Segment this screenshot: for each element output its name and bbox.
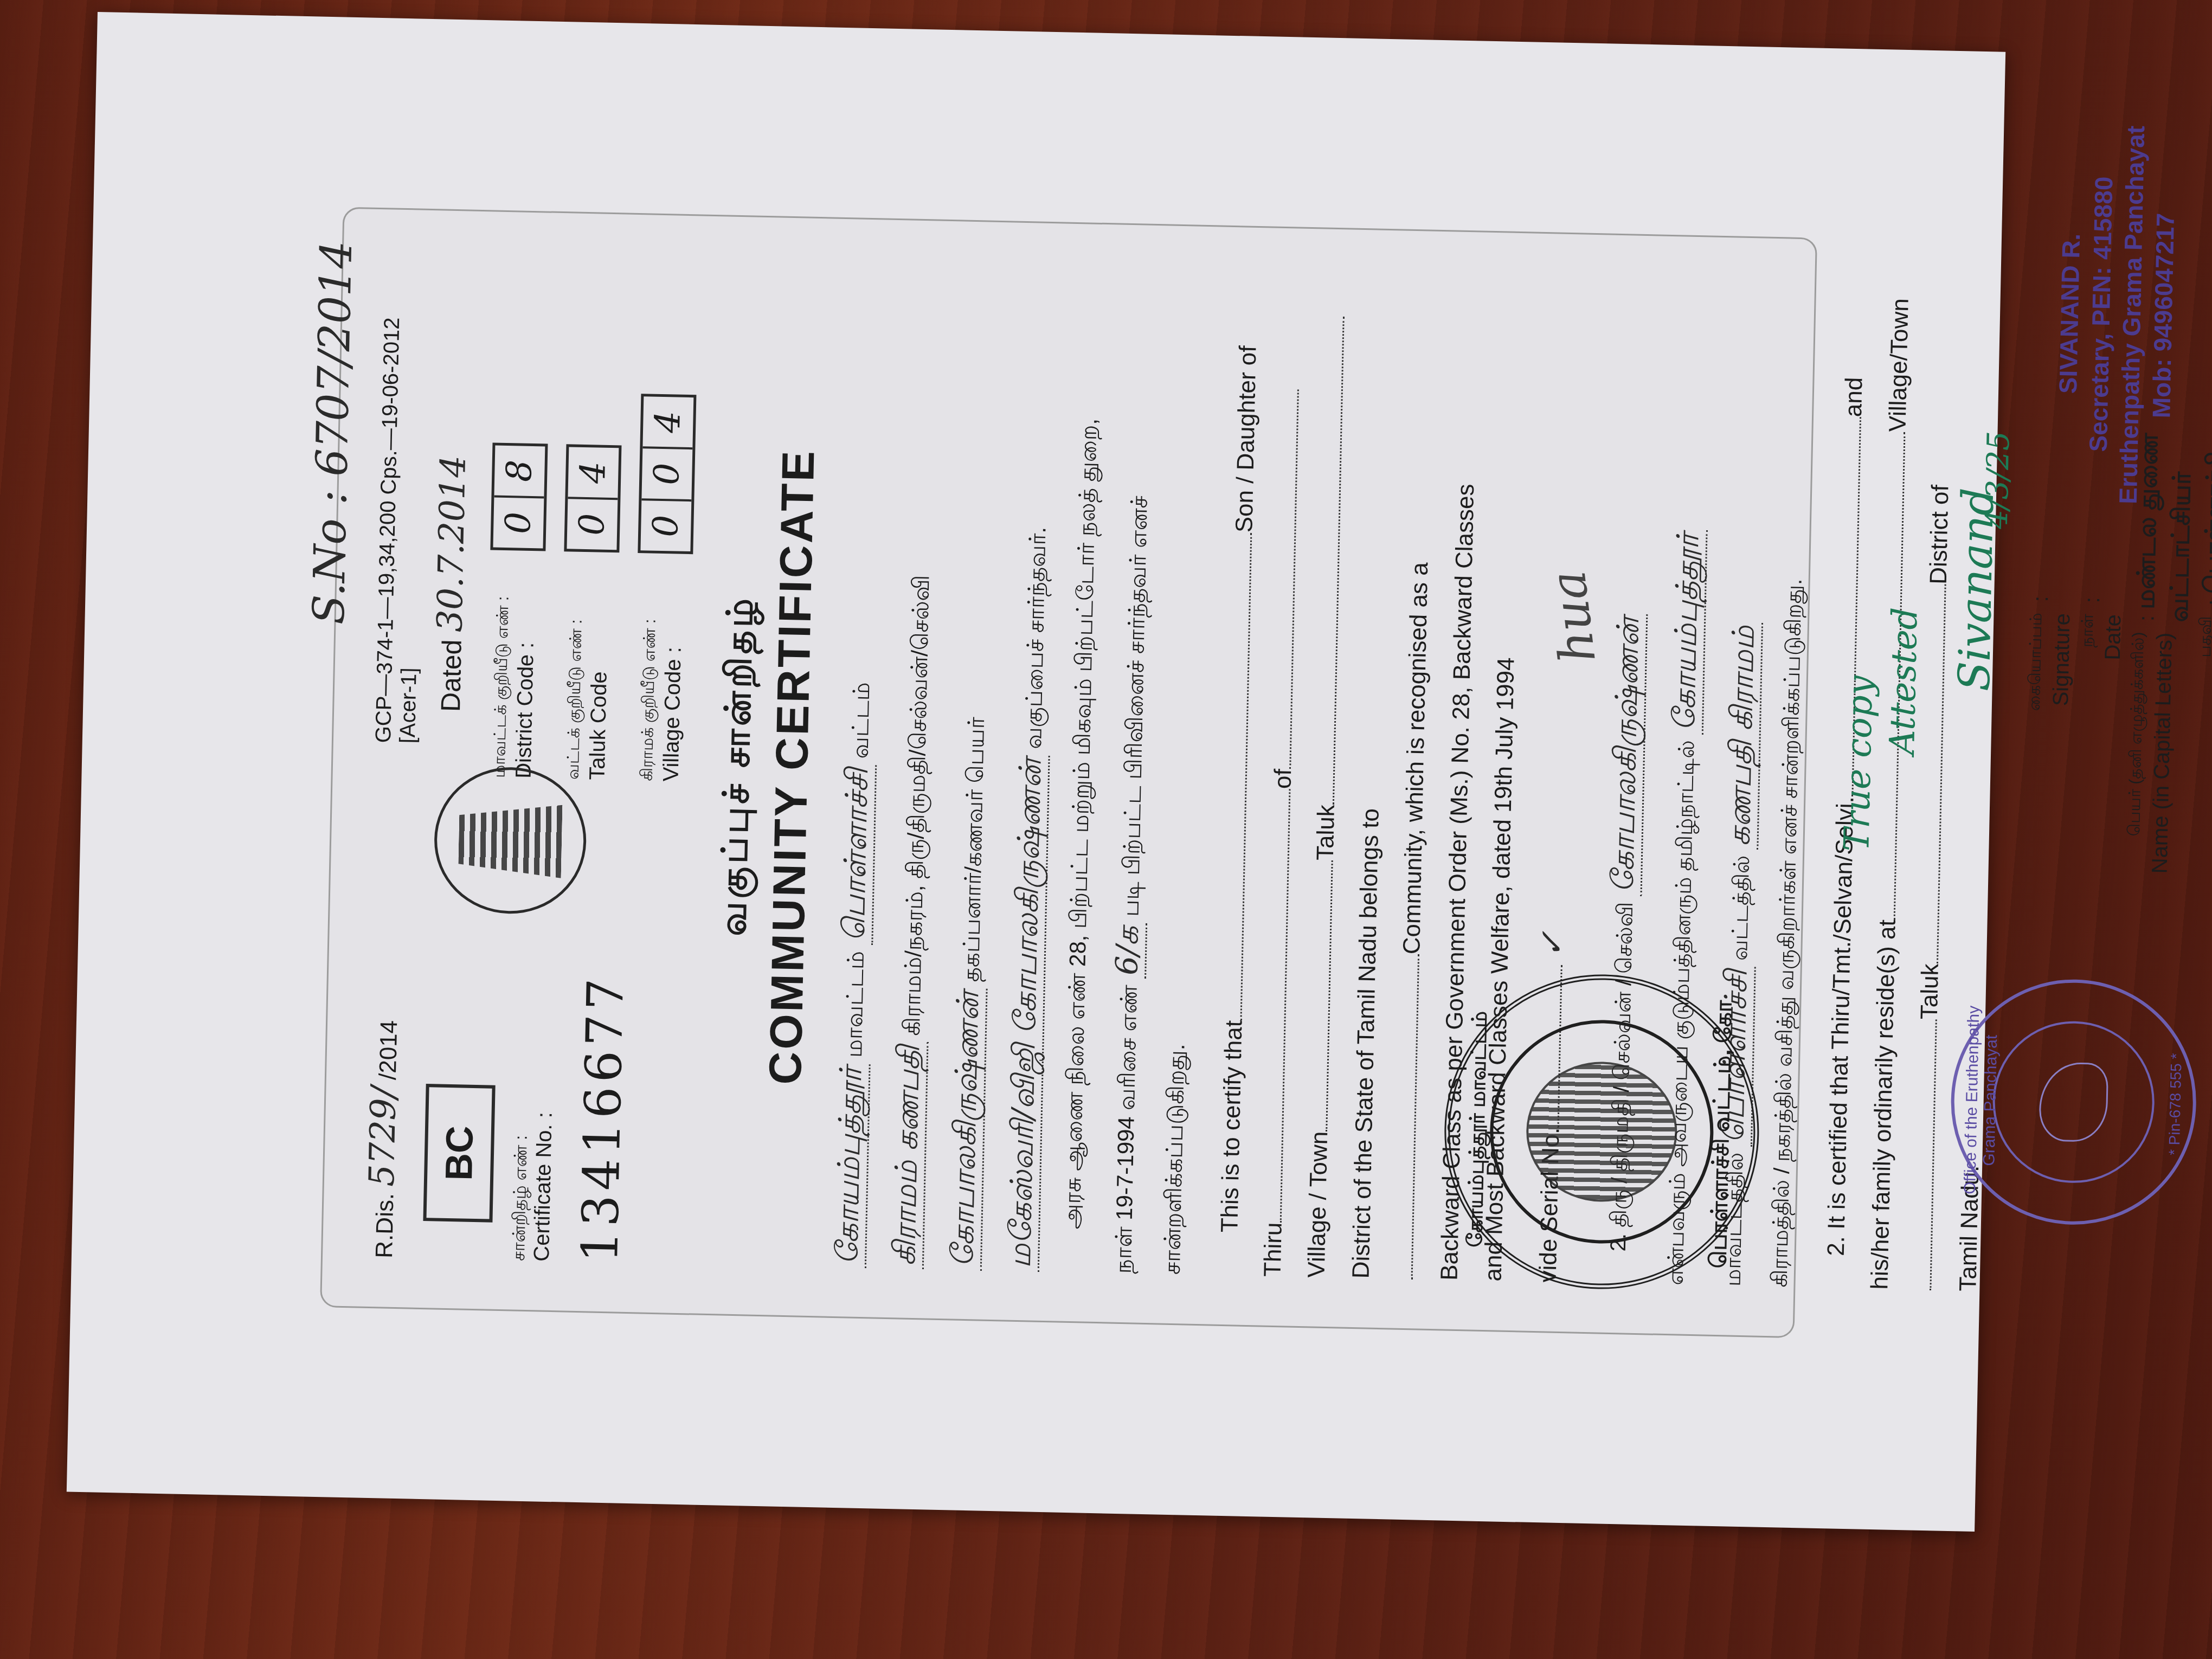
tamil-text: வட்டம்	[847, 682, 874, 759]
attested-note: Attested	[1882, 607, 1926, 755]
name-label: பெயர் (தனி எழுத்துக்களில்) Name (in Capi…	[2122, 621, 2196, 919]
tamil-text: கிராமம்/நகரம், திரு/திருமதி/செல்வன்/செல்…	[899, 575, 934, 1036]
en-text: his/her family ordinarily reside(s) at	[1866, 919, 1900, 1290]
blank-field	[1930, 1019, 1937, 1290]
district-code-row: மாவட்டக் குறியீடு எண் : District Code : …	[486, 261, 552, 779]
seal-ring	[1488, 1018, 1716, 1246]
dated-value: 30.7.2014	[430, 455, 474, 632]
village-code-digit: 0	[640, 498, 691, 551]
handwritten-district: கோயம்புத்தூர்	[829, 1064, 871, 1269]
blank-field	[1240, 532, 1252, 1020]
handwritten-serial: 6/க	[1109, 923, 1147, 979]
officer-stamp-place: பொள்ளாச்சி	[2199, 451, 2212, 594]
tamil-text: வகுப்பைச் சார்ந்தவர்.	[1020, 526, 1051, 749]
district-code-digit: 0	[493, 496, 544, 549]
certificate-rotated-frame: S.No : 6707/2014 R.Dis. 5729/ /2014 BC ச…	[320, 207, 1817, 1339]
district-code-digit: 8	[494, 446, 545, 497]
district-code-label: மாவட்டக் குறியீடு எண் : District Code :	[490, 550, 542, 779]
header-right: GCP—374-1—19,34,200 Cps.—19-06-2012 [Ace…	[371, 258, 699, 749]
blank-field	[1937, 584, 1946, 964]
tamil-text: நாள் 19-7-1994 வரிசை எண்	[1110, 985, 1142, 1274]
taluk-code-digit: 0	[567, 497, 618, 550]
taluk-code-row: வட்டக் குறியீடு எண் : Taluk Code 0 4	[560, 262, 626, 780]
r-dis-label: R.Dis.	[371, 1193, 398, 1258]
certificate-header: R.Dis. 5729/ /2014 BC சான்றிதழ் எண் : Ce…	[361, 258, 699, 1264]
en-text: Son / Daughter of	[1231, 345, 1261, 533]
en-text: It is certified that Thiru/Tmt./Selvan/S…	[1823, 796, 1859, 1230]
secretary-stamp: SIVANAND R. Secretary, PEN: 415880 Eruth…	[2050, 124, 2183, 506]
community-certificate: S.No : 6707/2014 R.Dis. 5729/ /2014 BC ச…	[320, 207, 1817, 1339]
category-badge: BC	[423, 1084, 495, 1223]
handwritten-parent-name: மகேஸ்வரி/விஜி கோபாலகிருஷ்ணன்	[1002, 755, 1050, 1271]
seal-text: Office of the Eruthenpathy Grama Panchay…	[1960, 981, 2002, 1220]
tamil-text: வட்டத்தில்	[1728, 855, 1754, 961]
village-code-row: கிராமக் குறியீடு எண் : Village Code : 0 …	[633, 263, 699, 782]
colon: :	[2026, 596, 2078, 603]
designation-value: : பொள்ளாச்சி	[2196, 451, 2212, 606]
true-copy-note: True copy	[1837, 675, 1881, 852]
taluk-office-seal: பொள்ளாச்சி வட்டம், கோ கோயம்புத்தூர் மாவட…	[1441, 972, 1762, 1293]
en-text: and	[1841, 377, 1868, 417]
dated-line: Dated 30.7.2014	[428, 259, 478, 712]
blank-field	[1411, 954, 1420, 1279]
village-code-boxes: 0 0 4	[638, 394, 696, 554]
en-text: Village/Town	[1884, 298, 1913, 432]
village-code-label: கிராமக் குறியீடு எண் : Village Code :	[637, 553, 689, 782]
en-text: Thiru	[1259, 1222, 1287, 1277]
tamil-nadu-emblem-icon	[433, 766, 588, 915]
paper-sheet: S.No : 6707/2014 R.Dis. 5729/ /2014 BC ச…	[67, 12, 2005, 1532]
section-number: 2.	[1823, 1236, 1850, 1256]
en-text: Community, which is recognised as a	[1398, 562, 1433, 955]
handwritten-district: கோயம்புத்தூர்	[1666, 530, 1707, 735]
village-code-digit: 4	[642, 396, 693, 447]
certificate-no-label: சான்றிதழ் எண் : Certificate No. :	[508, 924, 562, 1262]
colon: :	[2077, 597, 2129, 604]
r-dis-line: R.Dis. 5729/ /2014	[361, 922, 408, 1258]
en-text: This is to certify that	[1216, 1020, 1247, 1233]
form-reference: GCP—374-1—19,34,200 Cps.—19-06-2012 [Ace…	[371, 258, 430, 744]
r-dis-value: 5729/	[362, 1086, 404, 1187]
district-code-label-en: District Code :	[510, 550, 542, 779]
handwritten-taluk: பொள்ளாச்சி	[836, 764, 877, 945]
signature-label: கையொப்பம் Signature	[2020, 602, 2078, 917]
village-code-label-en: Village Code :	[657, 554, 689, 782]
handwritten-village: கிராமம் கணபதி	[887, 1041, 929, 1269]
header-left: R.Dis. 5729/ /2014 BC சான்றிதழ் எண் : Ce…	[361, 922, 636, 1263]
taluk-code-label-en: Taluk Code	[583, 552, 615, 780]
seal-inner-ring	[1991, 1020, 2156, 1185]
en-text: District of	[1925, 485, 1954, 584]
r-dis-year: /2014	[375, 1020, 402, 1080]
en-text: of	[1269, 769, 1296, 789]
taluk-code-digit: 4	[568, 447, 619, 498]
seal-emblem-icon	[1525, 1060, 1679, 1204]
blank-field	[1326, 860, 1333, 1131]
name-label-en: Name (in Capital Letters)	[2144, 632, 2179, 919]
blank-field	[1333, 317, 1345, 805]
village-code-digit: 0	[641, 446, 692, 499]
district-code-boxes: 0 8	[490, 442, 548, 551]
blank-field	[1280, 789, 1291, 1223]
attestation-date: 4/3/25	[1979, 431, 2017, 530]
certificate-number: 13416677	[571, 926, 636, 1263]
tamil-details-block: கோயம்புத்தூர் மாவட்டம் பொள்ளாச்சி வட்டம்…	[819, 268, 1214, 1275]
officer-signature: hua	[1540, 568, 1607, 666]
handwritten-name: கோபாலகிருஷ்ணன்	[1605, 614, 1648, 897]
handwritten-reference-number: S.No : 6707/2014	[303, 240, 362, 625]
en-text: Village / Town	[1303, 1131, 1333, 1278]
taluk-code-label: வட்டக் குறியீடு எண் : Taluk Code	[563, 551, 615, 780]
blank-field	[1289, 390, 1299, 769]
date-label: நாள் Date	[2070, 603, 2129, 918]
panchayat-emblem-icon	[2039, 1062, 2108, 1142]
en-text: Taluk	[1312, 805, 1340, 861]
handwritten-village: கணபதி கிராமம்	[1721, 622, 1763, 850]
en-text: Taluk	[1916, 963, 1944, 1020]
temple-gopuram-icon	[458, 799, 563, 882]
taluk-code-boxes: 0 4	[564, 444, 621, 552]
handwritten-name: கோபாலகிருஷ்ணன்	[945, 988, 988, 1271]
tamil-text: மாவட்டம்	[841, 951, 869, 1058]
tamil-go-line-2: நாள் 19-7-1994 வரிசை எண் 6/க படி பிற்பட்…	[1092, 273, 1214, 1275]
tick-mark-icon: ✓	[1533, 930, 1571, 959]
dated-label: Dated	[435, 639, 467, 712]
tamil-text: தகப்பனார்/கணவர் பெயர்	[958, 717, 989, 982]
